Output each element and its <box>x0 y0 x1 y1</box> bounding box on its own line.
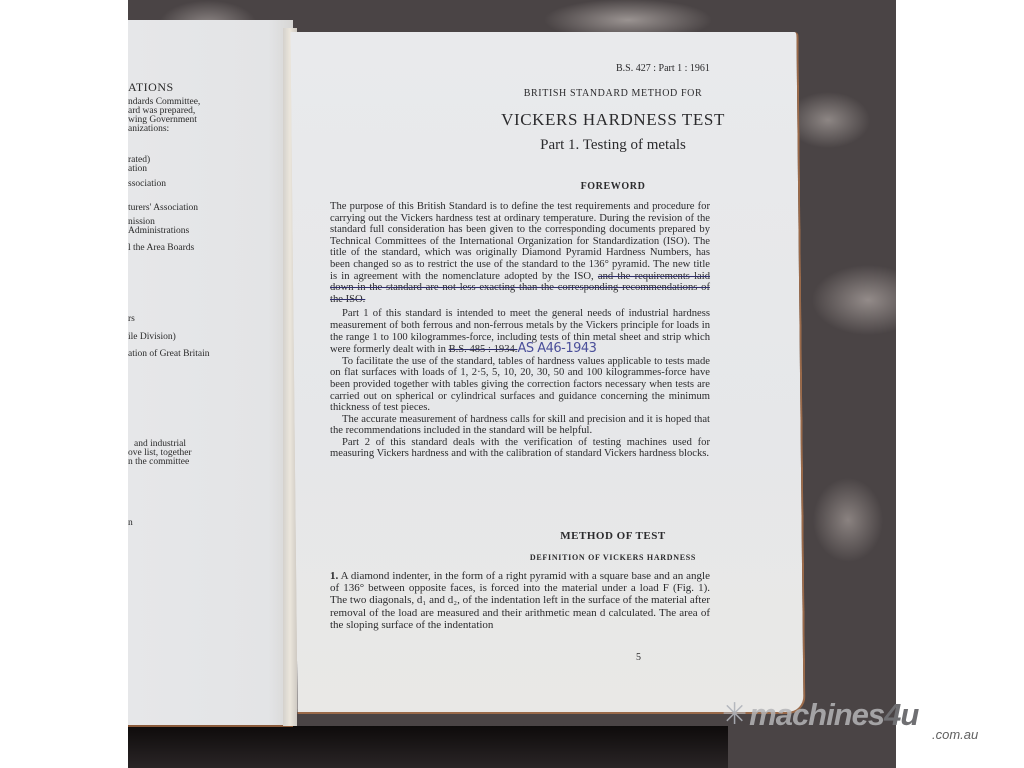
foreword-paragraph-4: The accurate measurement of hardness cal… <box>330 414 710 437</box>
left-page-list-item: ssociation <box>128 179 166 189</box>
paragraph-text: The purpose of this British Standard is … <box>330 201 710 282</box>
document-photo: ATIONS ndards Committee, ard was prepare… <box>128 0 896 768</box>
left-page-intro-line: anizations: <box>128 124 169 134</box>
foreword-paragraph-5: Part 2 of this standard deals with the v… <box>330 437 710 460</box>
handwritten-annotation: AS A46-1943 <box>517 341 596 356</box>
left-page-list-item: ation of Great Britain <box>128 349 210 359</box>
definition-heading: DEFINITION OF VICKERS HARDNESS <box>415 553 811 562</box>
left-page-closing-line: n the committee <box>128 457 189 467</box>
table-shadow <box>128 726 728 768</box>
left-page-list-item: turers' Association <box>128 203 198 213</box>
left-page-list-item: Administrations <box>128 226 189 236</box>
clause-1: 1. A diamond indenter, in the form of a … <box>330 570 710 631</box>
struck-text: B.S. 485 : 1934. <box>449 344 518 355</box>
watermark-domain: .com.au <box>932 727 978 742</box>
left-page-list-item: ation <box>128 164 147 174</box>
foreword-paragraph-2: Part 1 of this standard is intended to m… <box>330 308 710 355</box>
foreword-paragraph-1: The purpose of this British Standard is … <box>330 201 710 305</box>
standard-reference: B.S. 427 : Part 1 : 1961 <box>616 63 710 74</box>
foreword-body: The purpose of this British Standard is … <box>330 201 710 460</box>
foreword-heading: FOREWORD <box>415 181 811 192</box>
method-heading: METHOD OF TEST <box>415 530 811 542</box>
left-page-heading: ATIONS <box>128 82 174 92</box>
left-page-list-item: ile Division) <box>128 332 176 342</box>
document-title: VICKERS HARDNESS TEST <box>415 110 811 130</box>
left-page-list-item: rs <box>128 314 135 324</box>
watermark-brand: machines4u <box>749 700 918 730</box>
document-kicker: BRITISH STANDARD METHOD FOR <box>415 88 811 99</box>
clause-number: 1. <box>330 570 338 582</box>
document-subtitle: Part 1. Testing of metals <box>415 137 811 154</box>
page-number: 5 <box>636 652 641 663</box>
left-page-fragment: n <box>128 518 133 528</box>
foreword-paragraph-3: To facilitate the use of the standard, t… <box>330 356 710 414</box>
snowflake-star-icon: ✳ <box>722 700 747 730</box>
watermark: ✳ machines4u .com.au <box>722 700 918 730</box>
clause-text: A diamond indenter, in the form of a rig… <box>330 570 710 631</box>
left-page-list-item: l the Area Boards <box>128 243 194 253</box>
